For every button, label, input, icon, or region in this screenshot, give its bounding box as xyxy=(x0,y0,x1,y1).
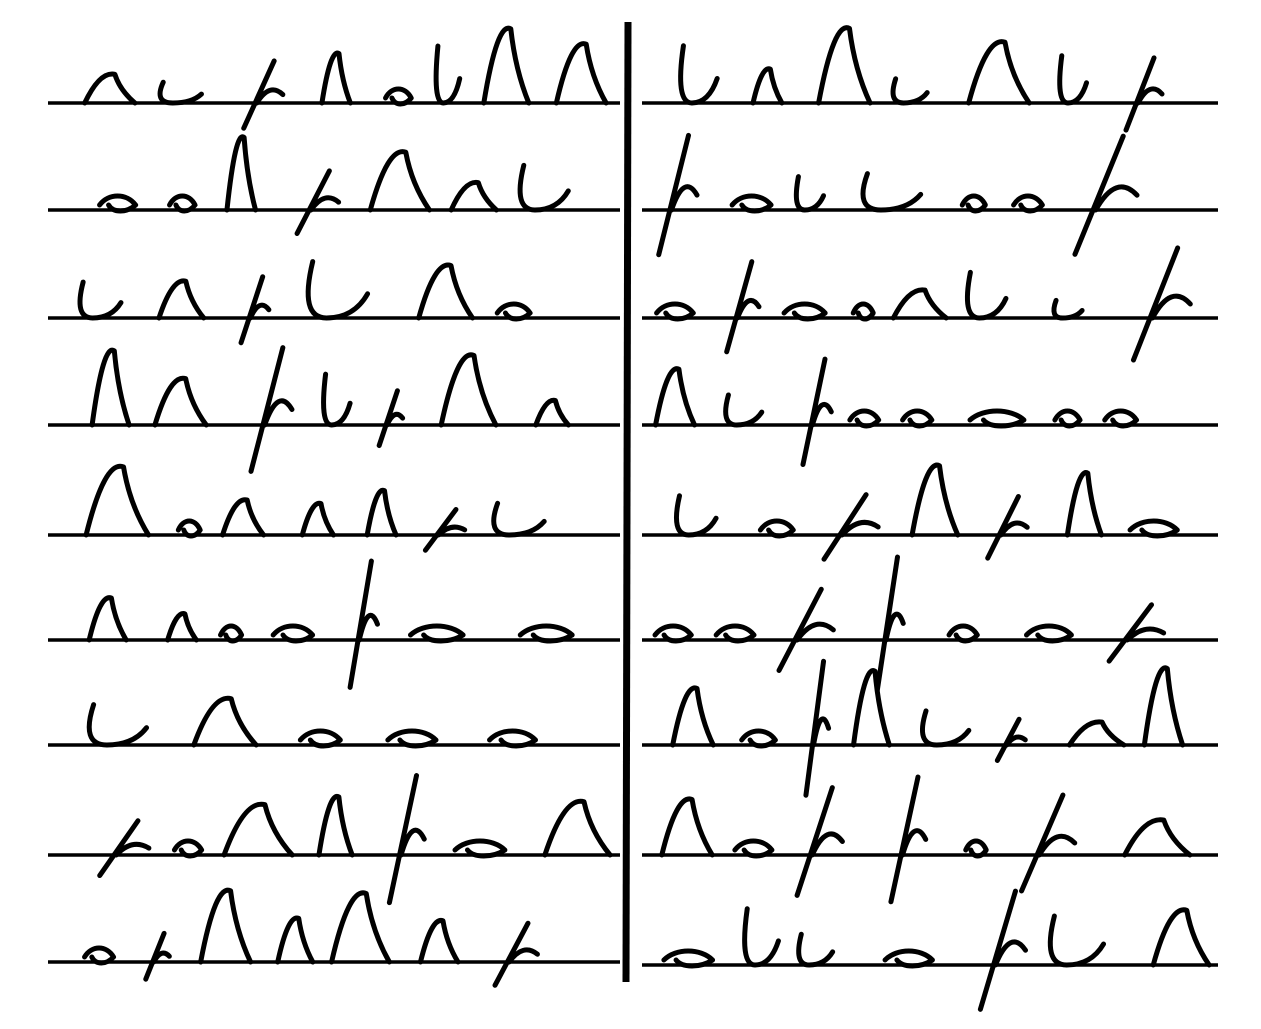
shorthand-outline xyxy=(251,348,292,472)
shorthand-outline xyxy=(244,61,283,128)
shorthand-outline xyxy=(297,171,339,234)
shorthand-outline xyxy=(681,46,718,103)
shorthand-outline xyxy=(1060,56,1087,103)
shorthand-outline xyxy=(367,490,396,535)
shorthand-outline xyxy=(520,165,568,210)
shorthand-outline xyxy=(799,934,833,965)
shorthand-outline xyxy=(676,496,716,535)
shorthand-outline xyxy=(673,688,714,745)
shorthand-outline xyxy=(797,788,842,896)
shorthand-outline xyxy=(89,598,126,640)
shorthand-outline xyxy=(223,500,264,535)
shorthand-outline xyxy=(227,137,256,210)
shorthand-strokes xyxy=(80,28,1209,1010)
shorthand-outline xyxy=(967,272,1006,318)
shorthand-outline xyxy=(319,796,352,855)
shorthand-outline xyxy=(224,804,292,855)
shorthand-outline xyxy=(796,177,823,210)
shorthand-outline xyxy=(379,391,402,446)
shorthand-outline xyxy=(168,614,197,640)
shorthand-outline xyxy=(89,705,146,745)
shorthand-outline xyxy=(80,282,121,318)
shorthand-outline xyxy=(659,135,697,254)
shorthand-outline xyxy=(86,466,148,535)
shorthand-outline xyxy=(1022,795,1075,891)
shorthand-outline xyxy=(893,290,946,318)
shorthand-outline xyxy=(656,369,695,425)
shorthand-outline xyxy=(1109,605,1164,661)
shorthand-outline xyxy=(159,281,204,318)
shorthand-outline xyxy=(1133,248,1190,360)
shorthand-outline xyxy=(350,561,377,687)
shorthand-outline xyxy=(1153,910,1209,965)
shorthand-outline xyxy=(854,671,890,745)
shorthand-outline xyxy=(278,918,313,962)
shorthand-outline xyxy=(302,503,333,535)
shorthand-outline xyxy=(891,777,926,902)
shorthand-outline xyxy=(201,890,251,962)
shorthand-outline xyxy=(1050,916,1103,965)
column-divider xyxy=(626,22,628,982)
shorthand-outline xyxy=(662,799,712,855)
shorthand-outline xyxy=(536,400,569,425)
shorthand-outline xyxy=(420,920,458,962)
shorthand-outline xyxy=(824,495,878,560)
shorthand-outline xyxy=(726,395,762,425)
shorthand-outline xyxy=(745,909,779,965)
shorthand-outline xyxy=(727,262,759,352)
shorthand-outline xyxy=(308,262,367,318)
shorthand-outline xyxy=(100,821,149,876)
shorthand-outline xyxy=(92,350,129,425)
shorthand-outline xyxy=(494,503,544,535)
shorthand-outline xyxy=(803,359,831,464)
shorthand-outline xyxy=(753,69,782,103)
shorthand-outline xyxy=(912,465,958,535)
shorthand-outline xyxy=(969,42,1030,103)
shorthand-outline xyxy=(155,378,206,425)
shorthand-outline xyxy=(332,893,390,962)
shorthand-outline xyxy=(877,557,903,690)
shorthand-outline xyxy=(1126,58,1162,130)
right-column-rules xyxy=(642,103,1218,965)
shorthand-outline xyxy=(436,46,460,103)
shorthand-outline xyxy=(893,79,927,103)
shorthand-outline xyxy=(1125,820,1190,855)
shorthand-outline xyxy=(441,355,496,425)
shorthand-outline xyxy=(997,719,1025,760)
shorthand-outline xyxy=(545,801,610,855)
shorthand-outline xyxy=(370,152,429,210)
shorthand-outline xyxy=(988,497,1027,559)
shorthand-outline xyxy=(389,776,424,903)
shorthand-outline xyxy=(425,509,464,550)
shorthand-outline xyxy=(322,53,350,103)
shorthand-outline xyxy=(484,28,529,103)
shorthand-outline xyxy=(863,174,921,210)
shorthand-outline xyxy=(1075,136,1137,254)
shorthand-outline xyxy=(419,265,473,318)
shorthand-outline xyxy=(1144,668,1182,745)
shorthand-outline xyxy=(241,277,269,343)
shorthand-outline xyxy=(324,374,351,425)
shorthand-outline xyxy=(1069,722,1123,745)
shorthand-outline xyxy=(819,28,870,103)
shorthand-outline xyxy=(160,82,201,103)
shorthand-outline xyxy=(495,923,537,985)
shorthand-outline xyxy=(1054,300,1082,318)
shorthand-outline xyxy=(779,589,833,670)
shorthand-outline xyxy=(451,182,496,210)
shorthand-page xyxy=(0,0,1261,1029)
shorthand-outline xyxy=(194,698,256,745)
shorthand-outline xyxy=(806,661,829,795)
shorthand-outline xyxy=(922,711,968,745)
shorthand-outline xyxy=(85,74,135,103)
shorthand-outline xyxy=(1067,473,1101,535)
shorthand-outline xyxy=(980,891,1025,1009)
shorthand-outline xyxy=(556,44,606,103)
shorthand-outline xyxy=(146,933,170,979)
